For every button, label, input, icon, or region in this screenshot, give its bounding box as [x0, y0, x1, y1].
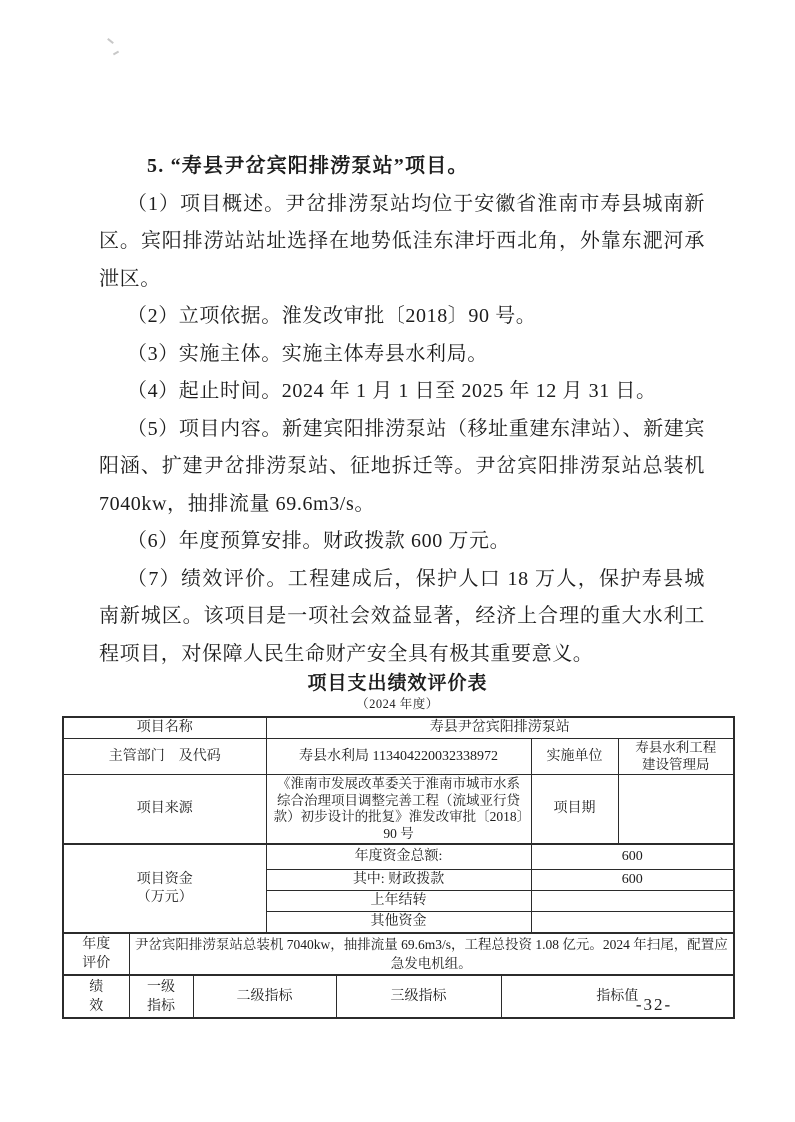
cell-period-value	[618, 775, 734, 845]
cell-funds-other-value	[531, 911, 734, 933]
cell-project-name-label: 项目名称	[63, 717, 266, 739]
performance-evaluation-table: 项目名称 寿县尹岔宾阳排涝泵站 主管部门 及代码 寿县水利局 113404220…	[62, 716, 735, 1019]
perf-label-text: 绩效	[87, 978, 105, 1016]
cell-funds-label: 项目资金 （万元）	[63, 844, 266, 933]
annual-eval-label-text: 年度评价	[79, 935, 113, 973]
cell-funds-carryover-label: 上年结转	[266, 890, 531, 911]
section-heading: 5. “寿县尹岔宾阳排涝泵站”项目。	[99, 148, 705, 186]
cell-annual-eval-label: 年度评价	[63, 933, 129, 975]
paragraph-3: （3）实施主体。实施主体寿县水利局。	[99, 336, 705, 374]
body-text: 5. “寿县尹岔宾阳排涝泵站”项目。 （1）项目概述。尹岔排涝泵站均位于安徽省淮…	[99, 148, 705, 673]
paragraph-2: （2）立项依据。淮发改审批〔2018〕90 号。	[99, 298, 705, 336]
paragraph-7: （7）绩效评价。工程建成后，保护人口 18 万人，保护寿县城南新城区。该项目是一…	[99, 561, 705, 674]
header-level1-text: 一级指标	[144, 978, 178, 1016]
cell-funds-fiscal-value: 600	[531, 869, 734, 890]
paragraph-5: （5）项目内容。新建宾阳排涝泵站（移址重建东津站）、新建宾阳涵、扩建尹岔排涝泵站…	[99, 411, 705, 524]
paragraph-4: （4）起止时间。2024 年 1 月 1 日至 2025 年 12 月 31 日…	[99, 373, 705, 411]
cell-dept-value: 寿县水利局 113404220032338972	[266, 739, 531, 775]
cell-period-label: 项目期	[531, 775, 618, 845]
cell-source-label: 项目来源	[63, 775, 266, 845]
cell-dept-label: 主管部门 及代码	[63, 739, 266, 775]
cell-funds-other-label: 其他资金	[266, 911, 531, 933]
cell-header-value: 指标值	[501, 975, 734, 1018]
table-title: 项目支出绩效评价表	[0, 668, 795, 695]
table-subtitle: （2024 年度）	[0, 694, 795, 712]
cell-funds-carryover-value	[531, 890, 734, 911]
paragraph-1: （1）项目概述。尹岔排涝泵站均位于安徽省淮南市寿县城南新区。宾阳排涝站站址选择在…	[99, 186, 705, 299]
cell-header-level2: 二级指标	[193, 975, 336, 1018]
cell-impl-unit-value: 寿县水利工程 建设管理局	[618, 739, 734, 775]
cell-funds-total-value: 600	[531, 844, 734, 869]
scan-speck	[107, 38, 114, 44]
cell-source-value: 《淮南市发展改革委关于淮南市城市水系综合治理项目调整完善工程（流域亚行贷款）初步…	[266, 775, 531, 845]
cell-funds-total-label: 年度资金总额:	[266, 844, 531, 869]
cell-header-level1: 一级指标	[129, 975, 193, 1018]
scan-speck	[113, 51, 119, 56]
cell-header-level3: 三级指标	[336, 975, 501, 1018]
cell-perf-label: 绩效	[63, 975, 129, 1018]
paragraph-6: （6）年度预算安排。财政拨款 600 万元。	[99, 523, 705, 561]
cell-annual-eval-text: 尹岔宾阳排涝泵站总装机 7040kw，抽排流量 69.6m3/s，工程总投资 1…	[129, 933, 734, 975]
cell-impl-unit-label: 实施单位	[531, 739, 618, 775]
cell-project-name-value: 寿县尹岔宾阳排涝泵站	[266, 717, 734, 739]
page-number: -32-	[620, 995, 688, 1015]
document-page: 5. “寿县尹岔宾阳排涝泵站”项目。 （1）项目概述。尹岔排涝泵站均位于安徽省淮…	[0, 0, 795, 1122]
cell-funds-fiscal-label: 其中: 财政拨款	[266, 869, 531, 890]
